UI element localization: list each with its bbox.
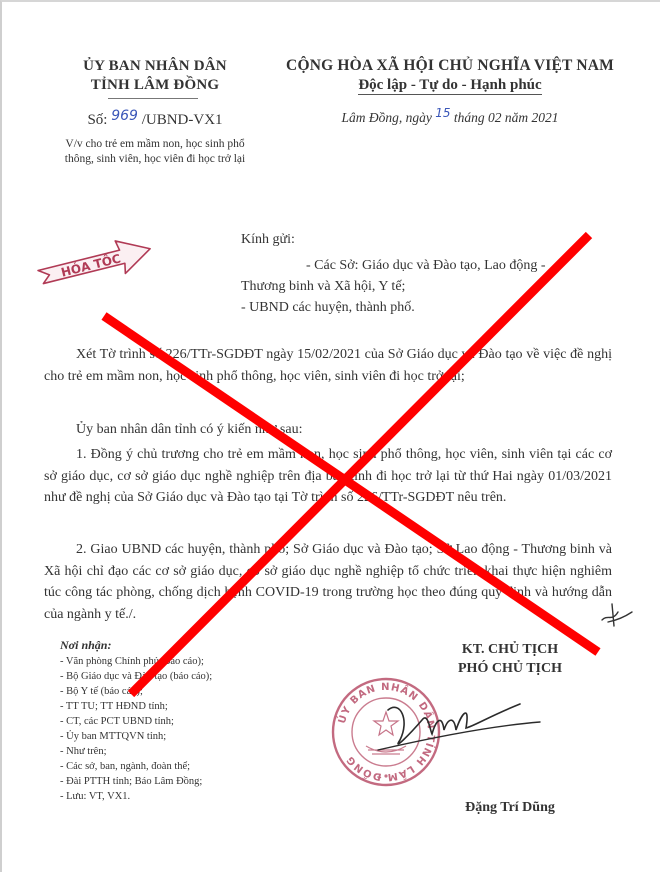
date-line: Lâm Đồng, ngày 15 tháng 02 năm 2021: [250, 106, 650, 126]
receivers-list: - Văn phòng Chính phủ (báo cáo); - Bộ Gi…: [60, 654, 212, 804]
signature-title: KT. CHỦ TỊCH PHÓ CHỦ TỊCH: [400, 640, 620, 678]
recipient-line: - UBND các huyện, thành phố.: [241, 297, 581, 318]
date-suffix: tháng 02 năm 2021: [454, 110, 559, 125]
doc-number-prefix: Số:: [87, 112, 107, 128]
doc-number-suffix: /UBND-VX1: [142, 112, 223, 128]
national-title: CỘNG HÒA XÃ HỘI CHỦ NGHĨA VIỆT NAM: [250, 57, 650, 75]
body-paragraph: 2. Giao UBND các huyện, thành phố; Sở Gi…: [44, 539, 612, 625]
org-underline: [108, 98, 198, 99]
stamp-label: HỎA TỐC: [59, 248, 122, 279]
signature-icon: [370, 690, 590, 760]
receiver-item: - TT TU; TT HĐND tỉnh;: [60, 699, 212, 714]
doc-number-handwritten: 969: [111, 108, 138, 124]
org-line-1: ỦY BAN NHÂN DÂN: [60, 57, 250, 76]
signature-title-line-1: KT. CHỦ TỊCH: [400, 640, 620, 659]
receiver-item: - Văn phòng Chính phủ (báo cáo);: [60, 654, 212, 669]
issuing-organization: ỦY BAN NHÂN DÂN TỈNH LÂM ĐỒNG: [60, 57, 250, 95]
date-prefix: Lâm Đồng, ngày: [341, 110, 431, 125]
body-paragraph: 1. Đồng ý chủ trương cho trẻ em mầm non,…: [44, 444, 612, 509]
urgent-stamp: HỎA TỐC: [30, 238, 165, 293]
receiver-item: - Bộ Giáo dục và Đào tạo (báo cáo);: [60, 669, 212, 684]
national-motto: Độc lập - Tự do - Hạnh phúc: [250, 77, 650, 94]
recipients-list: - Các Sở: Giáo dục và Đào tạo, Lao động …: [241, 255, 581, 318]
document-number: Số: 969 /UBND-VX1: [60, 108, 250, 129]
recipient-line: - Các Sở: Giáo dục và Đào tạo, Lao động …: [241, 255, 581, 276]
salutation: Kính gửi:: [241, 232, 295, 248]
receivers-title: Nơi nhận:: [60, 638, 111, 653]
signer-name: Đặng Trí Dũng: [400, 800, 620, 816]
org-line-2: TỈNH LÂM ĐỒNG: [60, 76, 250, 95]
recipient-line: Thương binh và Xã hội, Y tế;: [241, 276, 581, 297]
receiver-item: - Bộ Y tế (báo cáo);: [60, 684, 212, 699]
receiver-item: - Đài PTTH tỉnh; Báo Lâm Đồng;: [60, 774, 212, 789]
arrow-stamp-icon: HỎA TỐC: [30, 238, 165, 288]
receiver-item: - Như trên;: [60, 744, 212, 759]
body-paragraph: Xét Tờ trình số 226/TTr-SGDĐT ngày 15/02…: [44, 344, 612, 387]
handwritten-signature: [370, 690, 590, 765]
document-subject: V/v cho trẻ em mầm non, học sinh phổ thô…: [55, 137, 255, 167]
receiver-item: - CT, các PCT UBND tỉnh;: [60, 714, 212, 729]
receiver-item: - Các sở, ban, ngành, đoàn thể;: [60, 759, 212, 774]
date-day-handwritten: 15: [435, 106, 450, 120]
receiver-item: - Ủy ban MTTQVN tỉnh;: [60, 729, 212, 744]
receiver-item: - Lưu: VT, VX1.: [60, 789, 212, 804]
body-paragraph: Ủy ban nhân dân tỉnh có ý kiến như sau:: [44, 419, 612, 441]
motto-text: Độc lập - Tự do - Hạnh phúc: [358, 77, 541, 95]
initial-mark-icon: [598, 600, 638, 630]
